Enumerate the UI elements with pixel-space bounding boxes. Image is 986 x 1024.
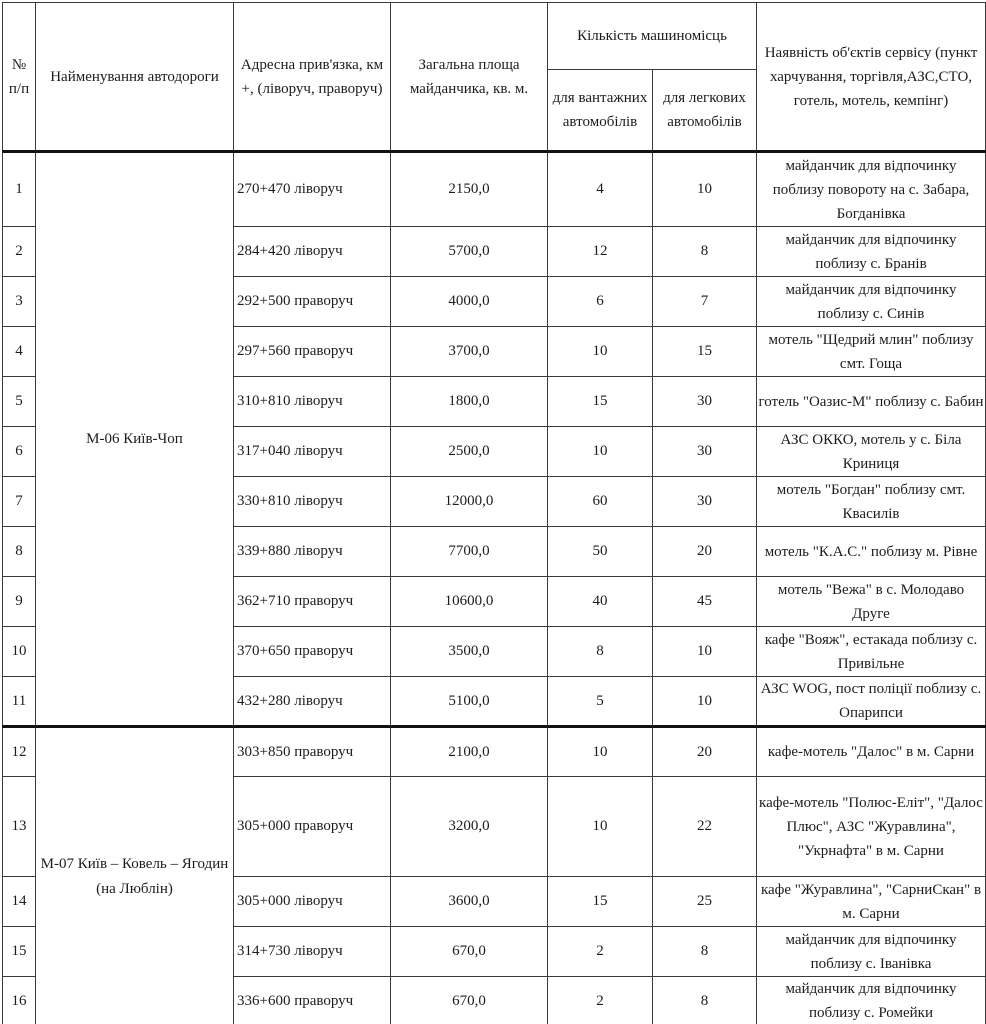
trucks-parking-cell: 60: [548, 477, 653, 527]
row-number: 14: [3, 877, 36, 927]
area-cell: 12000,0: [391, 477, 548, 527]
row-number: 10: [3, 627, 36, 677]
services-cell: майданчик для відпочинку поблизу с. Роме…: [757, 977, 986, 1024]
trucks-parking-cell: 4: [548, 152, 653, 227]
address-cell: 270+470 ліворуч: [234, 152, 391, 227]
address-cell: 305+000 праворуч: [234, 777, 391, 877]
services-cell: мотель "Богдан" поблизу смт. Квасилів: [757, 477, 986, 527]
area-cell: 1800,0: [391, 377, 548, 427]
trucks-parking-cell: 8: [548, 627, 653, 677]
area-cell: 5700,0: [391, 227, 548, 277]
row-number: 4: [3, 327, 36, 377]
cars-parking-cell: 25: [653, 877, 757, 927]
services-cell: АЗС WOG, пост поліції поблизу с. Опарипс…: [757, 677, 986, 727]
row-number: 5: [3, 377, 36, 427]
cars-parking-cell: 7: [653, 277, 757, 327]
services-cell: готель "Оазис-М" поблизу с. Бабин: [757, 377, 986, 427]
trucks-parking-cell: 10: [548, 777, 653, 877]
cars-parking-cell: 15: [653, 327, 757, 377]
header-road-name: Найменування автодороги: [36, 3, 234, 152]
trucks-parking-cell: 50: [548, 527, 653, 577]
row-number: 1: [3, 152, 36, 227]
cars-parking-cell: 45: [653, 577, 757, 627]
row-number: 2: [3, 227, 36, 277]
area-cell: 7700,0: [391, 527, 548, 577]
cars-parking-cell: 30: [653, 377, 757, 427]
header-parking-cars: для легкових автомобілів: [653, 70, 757, 152]
trucks-parking-cell: 10: [548, 327, 653, 377]
area-cell: 3700,0: [391, 327, 548, 377]
header-address: Адресна прив'язка, км +, (ліворуч, право…: [234, 3, 391, 152]
cars-parking-cell: 8: [653, 227, 757, 277]
address-cell: 310+810 ліворуч: [234, 377, 391, 427]
cars-parking-cell: 22: [653, 777, 757, 877]
rest-areas-table: № п/п Найменування автодороги Адресна пр…: [2, 2, 986, 1024]
row-number: 7: [3, 477, 36, 527]
header-area: Загальна площа майданчика, кв. м.: [391, 3, 548, 152]
row-number: 15: [3, 927, 36, 977]
trucks-parking-cell: 12: [548, 227, 653, 277]
row-number: 6: [3, 427, 36, 477]
rest-areas-document: № п/п Найменування автодороги Адресна пр…: [0, 0, 986, 1024]
area-cell: 670,0: [391, 927, 548, 977]
area-cell: 3600,0: [391, 877, 548, 927]
cars-parking-cell: 20: [653, 527, 757, 577]
area-cell: 2150,0: [391, 152, 548, 227]
cars-parking-cell: 8: [653, 927, 757, 977]
cars-parking-cell: 10: [653, 677, 757, 727]
services-cell: майданчик для відпочинку поблизу с. Іван…: [757, 927, 986, 977]
services-cell: АЗС ОККО, мотель у с. Біла Криниця: [757, 427, 986, 477]
row-number: 3: [3, 277, 36, 327]
trucks-parking-cell: 10: [548, 727, 653, 777]
services-cell: кафе-мотель "Полюс-Еліт", "Далос Плюс", …: [757, 777, 986, 877]
address-cell: 297+560 праворуч: [234, 327, 391, 377]
address-cell: 432+280 ліворуч: [234, 677, 391, 727]
services-cell: майданчик для відпочинку поблизу поворот…: [757, 152, 986, 227]
row-number: 16: [3, 977, 36, 1024]
trucks-parking-cell: 2: [548, 927, 653, 977]
services-cell: мотель "Вежа" в с. Молодаво Друге: [757, 577, 986, 627]
services-cell: мотель "К.А.С." поблизу м. Рівне: [757, 527, 986, 577]
area-cell: 4000,0: [391, 277, 548, 327]
address-cell: 362+710 праворуч: [234, 577, 391, 627]
services-cell: кафе-мотель "Далос" в м. Сарни: [757, 727, 986, 777]
area-cell: 3500,0: [391, 627, 548, 677]
header-number: № п/п: [3, 3, 36, 152]
services-cell: мотель "Щедрий млин" поблизу смт. Гоща: [757, 327, 986, 377]
trucks-parking-cell: 6: [548, 277, 653, 327]
trucks-parking-cell: 5: [548, 677, 653, 727]
trucks-parking-cell: 15: [548, 877, 653, 927]
services-cell: майданчик для відпочинку поблизу с. Бран…: [757, 227, 986, 277]
trucks-parking-cell: 15: [548, 377, 653, 427]
row-number: 12: [3, 727, 36, 777]
address-cell: 336+600 праворуч: [234, 977, 391, 1024]
header-services: Наявність об'єктів сервісу (пункт харчув…: [757, 3, 986, 152]
trucks-parking-cell: 10: [548, 427, 653, 477]
row-number: 8: [3, 527, 36, 577]
area-cell: 3200,0: [391, 777, 548, 877]
row-number: 13: [3, 777, 36, 877]
row-number: 11: [3, 677, 36, 727]
address-cell: 317+040 ліворуч: [234, 427, 391, 477]
services-cell: кафе "Журавлина", "СарниСкан" в м. Сарни: [757, 877, 986, 927]
cars-parking-cell: 30: [653, 477, 757, 527]
address-cell: 292+500 праворуч: [234, 277, 391, 327]
table-header: № п/п Найменування автодороги Адресна пр…: [3, 3, 986, 152]
cars-parking-cell: 10: [653, 152, 757, 227]
table-row: 1М-06 Київ-Чоп270+470 ліворуч2150,0410ма…: [3, 152, 986, 227]
road-name-cell: М-06 Київ-Чоп: [36, 152, 234, 727]
table-row: 12М-07 Київ – Ковель – Ягодин (на Люблін…: [3, 727, 986, 777]
row-number: 9: [3, 577, 36, 627]
trucks-parking-cell: 40: [548, 577, 653, 627]
address-cell: 305+000 ліворуч: [234, 877, 391, 927]
address-cell: 339+880 ліворуч: [234, 527, 391, 577]
address-cell: 303+850 праворуч: [234, 727, 391, 777]
road-name-cell: М-07 Київ – Ковель – Ягодин (на Люблін): [36, 727, 234, 1024]
services-cell: майданчик для відпочинку поблизу с. Сині…: [757, 277, 986, 327]
address-cell: 314+730 ліворуч: [234, 927, 391, 977]
address-cell: 370+650 праворуч: [234, 627, 391, 677]
header-parking-spaces: Кількість машиномісць: [548, 3, 757, 70]
trucks-parking-cell: 2: [548, 977, 653, 1024]
cars-parking-cell: 20: [653, 727, 757, 777]
area-cell: 670,0: [391, 977, 548, 1024]
cars-parking-cell: 10: [653, 627, 757, 677]
address-cell: 284+420 ліворуч: [234, 227, 391, 277]
address-cell: 330+810 ліворуч: [234, 477, 391, 527]
cars-parking-cell: 8: [653, 977, 757, 1024]
area-cell: 5100,0: [391, 677, 548, 727]
header-parking-trucks: для вантажних автомобілів: [548, 70, 653, 152]
area-cell: 2100,0: [391, 727, 548, 777]
services-cell: кафе "Вояж", естакада поблизу с. Привіль…: [757, 627, 986, 677]
area-cell: 2500,0: [391, 427, 548, 477]
cars-parking-cell: 30: [653, 427, 757, 477]
area-cell: 10600,0: [391, 577, 548, 627]
table-body: 1М-06 Київ-Чоп270+470 ліворуч2150,0410ма…: [3, 152, 986, 1024]
